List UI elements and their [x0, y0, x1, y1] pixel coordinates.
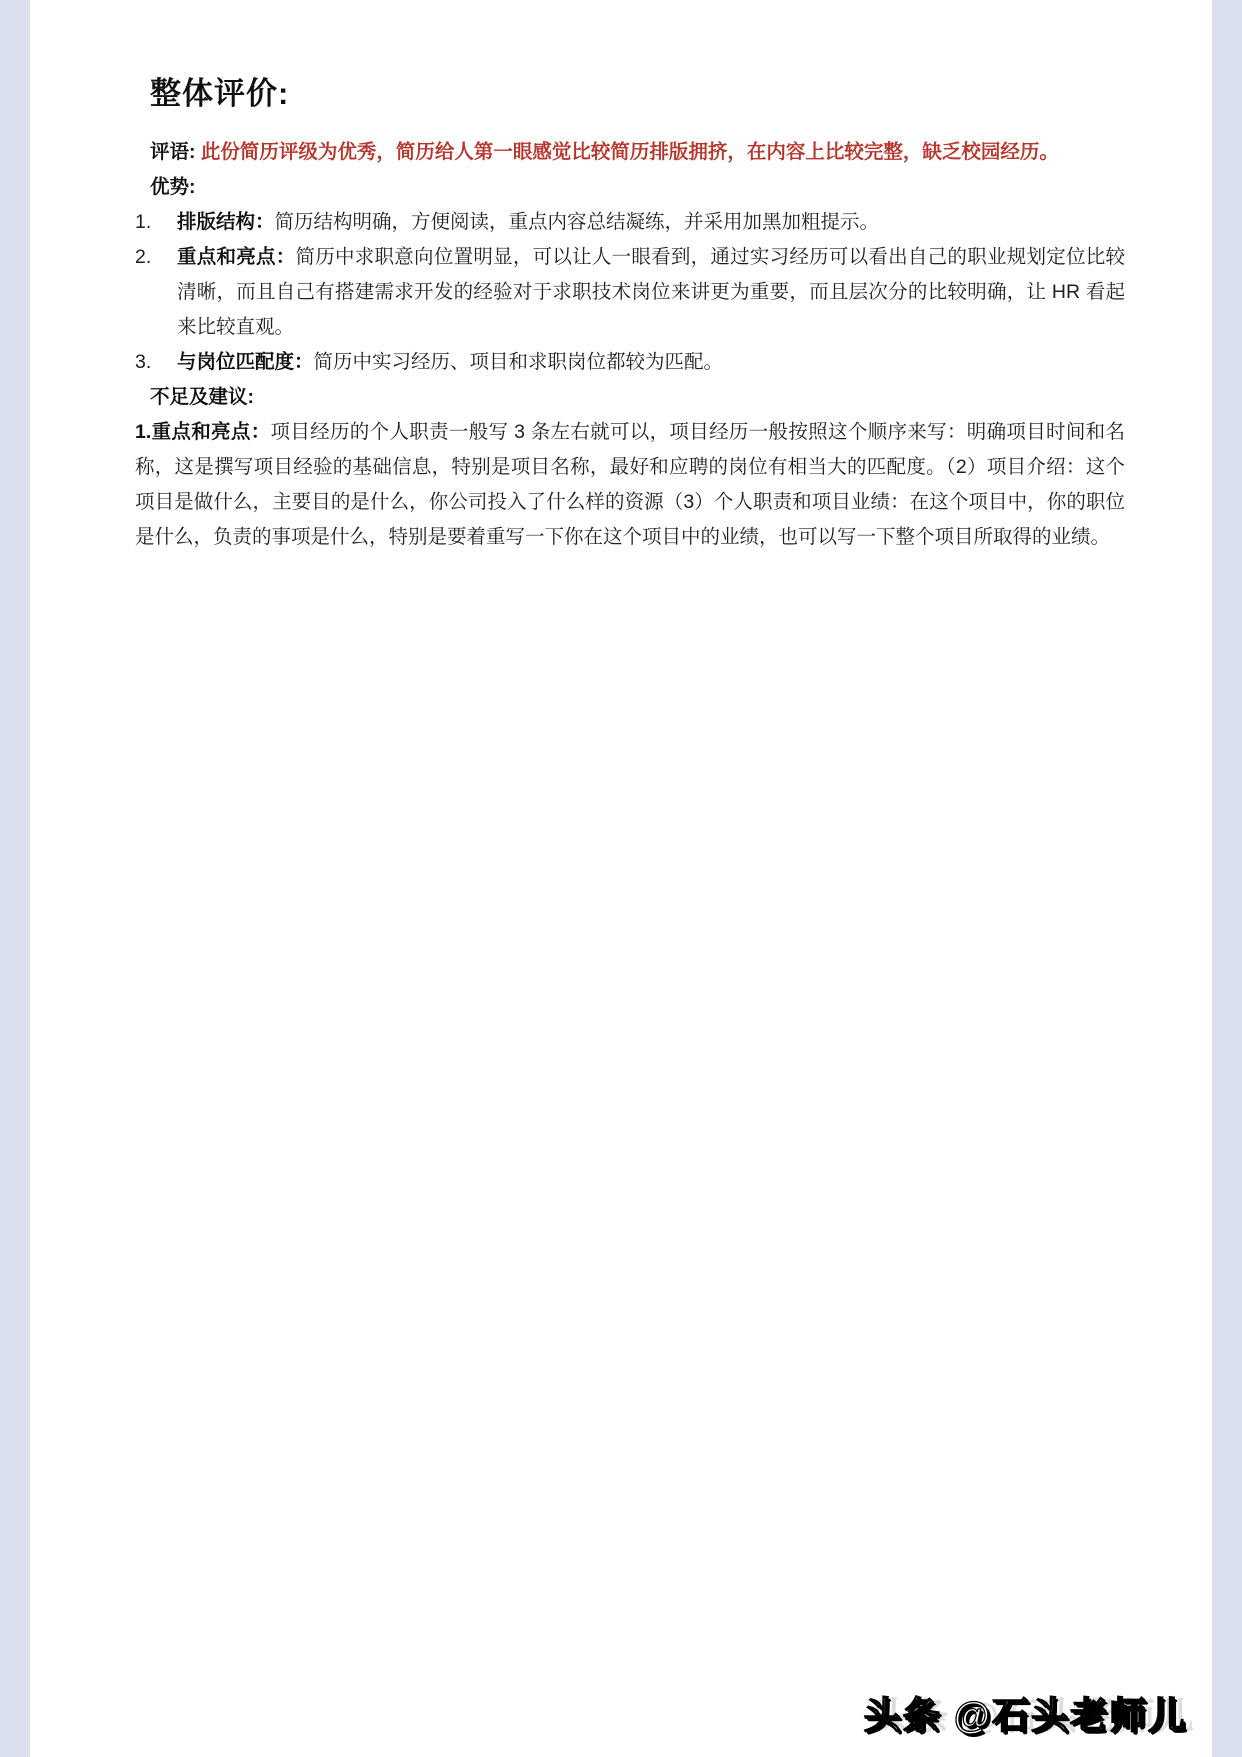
strengths-list: 1. 排版结构：简历结构明确，方便阅读，重点内容总结凝练，并采用加黑加粗提示。 …: [135, 205, 1125, 380]
list-item-text: 排版结构：简历结构明确，方便阅读，重点内容总结凝练，并采用加黑加粗提示。: [177, 205, 1125, 240]
strengths-heading: 优势:: [150, 170, 1125, 205]
list-item: 3. 与岗位匹配度：简历中实习经历、项目和求职岗位都较为匹配。: [135, 345, 1125, 380]
list-item-number: 1.: [135, 205, 177, 240]
weaknesses-text: 项目经历的个人职责一般写 3 条左右就可以，项目经历一般按照这个顺序来写：明确项…: [135, 421, 1125, 548]
list-item-body: 简历中实习经历、项目和求职岗位都较为匹配。: [314, 351, 724, 373]
list-item-text: 重点和亮点：简历中求职意向位置明显，可以让人一眼看到，通过实习经历可以看出自己的…: [177, 240, 1125, 345]
list-item: 2. 重点和亮点：简历中求职意向位置明显，可以让人一眼看到，通过实习经历可以看出…: [135, 240, 1125, 345]
list-item-text: 与岗位匹配度：简历中实习经历、项目和求职岗位都较为匹配。: [177, 345, 1125, 380]
list-item-body: 简历中求职意向位置明显，可以让人一眼看到，通过实习经历可以看出自己的职业规划定位…: [177, 246, 1125, 338]
list-item: 1. 排版结构：简历结构明确，方便阅读，重点内容总结凝练，并采用加黑加粗提示。: [135, 205, 1125, 240]
list-item-label: 重点和亮点：: [177, 246, 296, 268]
weaknesses-heading: 不足及建议:: [150, 380, 1125, 415]
review-paragraph: 评语: 此份简历评级为优秀，简历给人第一眼感觉比较简历排版拥挤，在内容上比较完整…: [150, 135, 1125, 170]
review-text: 此份简历评级为优秀，简历给人第一眼感觉比较简历排版拥挤，在内容上比较完整，缺乏校…: [201, 141, 1059, 163]
list-item-body: 简历结构明确，方便阅读，重点内容总结凝练，并采用加黑加粗提示。: [275, 211, 880, 233]
review-label: 评语:: [150, 141, 196, 163]
list-item-label: 与岗位匹配度：: [177, 351, 314, 373]
list-item-label: 排版结构：: [177, 211, 275, 233]
document-page: 整体评价: 评语: 此份简历评级为优秀，简历给人第一眼感觉比较简历排版拥挤，在内…: [30, 0, 1212, 1757]
list-item-number: 2.: [135, 240, 177, 275]
weaknesses-label: 1.重点和亮点：: [135, 421, 271, 443]
list-item-number: 3.: [135, 345, 177, 380]
watermark-text: 头条 @石头老师儿: [864, 1685, 1187, 1739]
page-title: 整体评价:: [150, 68, 1125, 113]
weaknesses-paragraph: 1.重点和亮点：项目经历的个人职责一般写 3 条左右就可以，项目经历一般按照这个…: [135, 415, 1125, 555]
